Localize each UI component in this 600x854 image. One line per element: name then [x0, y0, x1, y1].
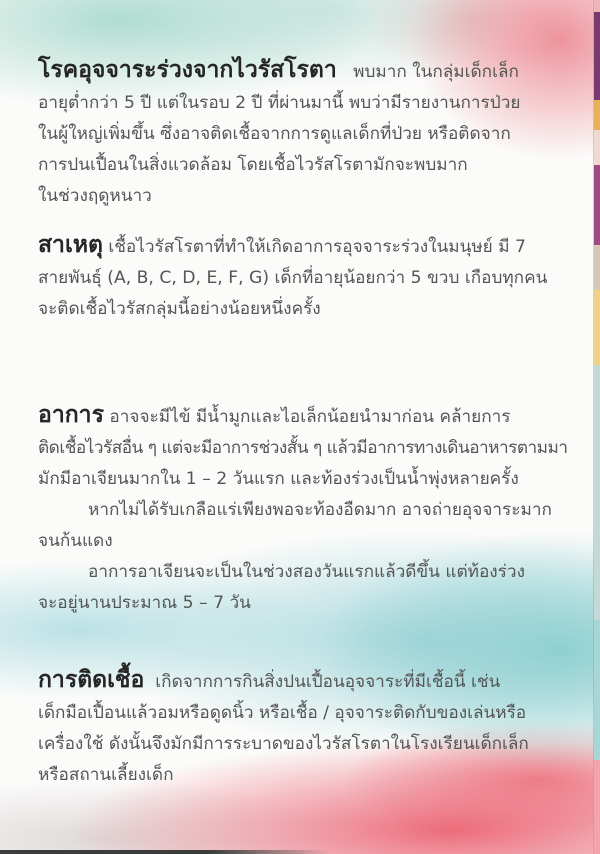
body-line: หากไม่ได้รับเกลือแร่เพียงพอจะท้องอืดมาก …: [38, 495, 560, 526]
section-heading: อาการ: [38, 402, 104, 428]
paragraph-line: โรคอุจจาระร่วงจากไวรัสโรตา พบมาก ในกลุ่ม…: [38, 55, 560, 88]
paragraph-line: อาการ อาจจะมีไข้ มีน้ำมูกและไอเล็กน้อยนำ…: [38, 400, 560, 433]
section-transmission: การติดเชื้อ เกิดจากการกินสิ่งปนเปื้อนอุจ…: [38, 665, 560, 791]
paragraph-line: การติดเชื้อ เกิดจากการกินสิ่งปนเปื้อนอุจ…: [38, 665, 560, 698]
paragraph-duration: อาการอาเจียนจะเป็นในช่วงสองวันแรกแล้วดีข…: [38, 557, 560, 619]
body-line: อายุต่ำกว่า 5 ปี แต่ในรอบ 2 ปี ที่ผ่านมา…: [38, 88, 560, 119]
paragraph-line: สาเหตุ เชื้อไวรัสโรตาที่ทำให้เกิดอาการอุ…: [38, 230, 560, 263]
section-symptoms: อาการ อาจจะมีไข้ มีน้ำมูกและไอเล็กน้อยนำ…: [38, 400, 560, 619]
body-line: เด็กมือเปื้อนแล้วอมหรือดูดนิ้ว หรือเชื้อ…: [38, 698, 560, 729]
body-line: มักมีอาเจียนมากใน 1 – 2 วันแรก และท้องร่…: [38, 464, 560, 495]
body-line: ในช่วงฤดูหนาว: [38, 181, 560, 212]
section-rotavirus-overview: โรคอุจจาระร่วงจากไวรัสโรตา พบมาก ในกลุ่ม…: [38, 55, 560, 212]
edge-divider: [593, 0, 594, 854]
body-line: หรือสถานเลี้ยงเด็ก: [38, 760, 560, 791]
body-line: การปนเปื้อนในสิ่งแวดล้อม โดยเชื้อไวรัสโร…: [38, 150, 560, 181]
body-line: อาการอาเจียนจะเป็นในช่วงสองวันแรกแล้วดีข…: [38, 557, 560, 588]
paragraph-cause: สาเหตุ เชื้อไวรัสโรตาที่ทำให้เกิดอาการอุ…: [38, 230, 560, 325]
section-heading: โรคอุจจาระร่วงจากไวรัสโรตา: [38, 57, 337, 83]
section-heading: สาเหตุ: [38, 232, 103, 258]
body-text: เชื้อไวรัสโรตาที่ทำให้เกิดอาการอุจจาระร่…: [103, 237, 526, 257]
paragraph-dehydration: หากไม่ได้รับเกลือแร่เพียงพอจะท้องอืดมาก …: [38, 495, 560, 557]
paragraph-transmission: การติดเชื้อ เกิดจากการกินสิ่งปนเปื้อนอุจ…: [38, 665, 560, 791]
section-heading: การติดเชื้อ: [38, 667, 144, 693]
body-line: ติดเชื้อไวรัสอื่น ๆ แต่จะมีอาการช่วงสั้น…: [38, 433, 560, 464]
section-cause: สาเหตุ เชื้อไวรัสโรตาที่ทำให้เกิดอาการอุ…: [38, 230, 560, 325]
bottom-shadow-band: [0, 850, 600, 854]
body-line: เครื่องใช้ ดังนั้นจึงมักมีการระบาดของไวร…: [38, 729, 560, 760]
body-line: จะอยู่นานประมาณ 5 – 7 วัน: [38, 588, 560, 619]
pamphlet-page: โรคอุจจาระร่วงจากไวรัสโรตา พบมาก ในกลุ่ม…: [0, 0, 600, 854]
body-text: เกิดจากการกินสิ่งปนเปื้อนอุจจาระที่มีเชื…: [144, 672, 500, 692]
body-text: อาจจะมีไข้ มีน้ำมูกและไอเล็กน้อยนำมาก่อน…: [104, 407, 511, 427]
body-line: จนก้นแดง: [38, 526, 560, 557]
colored-edge-strip: [594, 0, 600, 854]
body-line: ในผู้ใหญ่เพิ่มขึ้น ซึ่งอาจติดเชื้อจากการ…: [38, 119, 560, 150]
paragraph-overview: โรคอุจจาระร่วงจากไวรัสโรตา พบมาก ในกลุ่ม…: [38, 55, 560, 212]
body-line: สายพันธุ์ (A, B, C, D, E, F, G) เด็กที่อ…: [38, 263, 560, 294]
body-text: พบมาก ในกลุ่มเด็กเล็ก: [337, 62, 519, 82]
body-line: จะติดเชื้อไวรัสกลุ่มนี้อย่างน้อยหนึ่งครั…: [38, 294, 560, 325]
paragraph-symptoms: อาการ อาจจะมีไข้ มีน้ำมูกและไอเล็กน้อยนำ…: [38, 400, 560, 495]
